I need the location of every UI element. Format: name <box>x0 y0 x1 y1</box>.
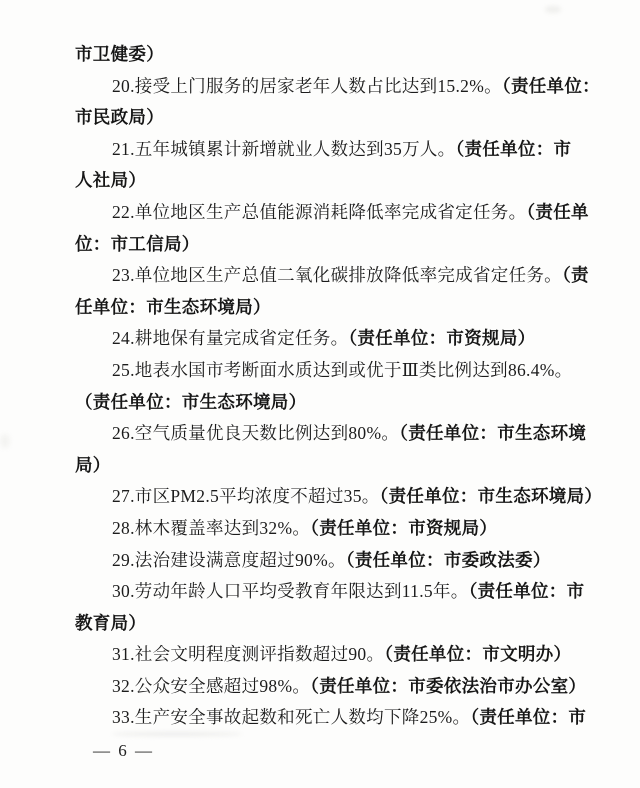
document-line-item-22: 22.单位地区生产总值能源消耗降低率完成省定任务。（责任单 <box>75 197 575 229</box>
line-body-text: 21.五年城镇累计新增就业人数达到35万人。 <box>112 139 455 159</box>
responsible-unit-text: （责任单位：市生态环境 <box>399 423 586 443</box>
line-body-text: 30.劳动年龄人口平均受教育年限达到11.5年。 <box>112 581 469 601</box>
line-body-text: 32.公众安全感超过98%。 <box>112 676 310 696</box>
document-body: 市卫健委） 20.接受上门服务的居家老年人数占比达到15.2%。（责任单位： 市… <box>75 39 575 734</box>
responsible-unit-text: （责任单位：市委依法治市办公室） <box>310 676 586 696</box>
responsible-unit-text: （责任单 <box>526 202 588 222</box>
responsible-unit-text: （责任单位：市文明办） <box>384 644 571 664</box>
document-line: 局） <box>75 450 575 482</box>
line-body-text: 29.法治建设满意度超过90%。 <box>112 550 346 570</box>
scan-artifact <box>545 6 561 13</box>
line-body-text: 31.社会文明程度测评指数超过90。 <box>112 644 384 664</box>
responsible-unit-text: 任单位：市生态环境局） <box>75 297 271 317</box>
document-line-item-23: 23.单位地区生产总值二氧化碳排放降低率完成省定任务。（责 <box>75 260 575 292</box>
document-line: （责任单位：市生态环境局） <box>75 387 575 419</box>
document-line: 人社局） <box>75 165 575 197</box>
document-line-item-24: 24.耕地保有量完成省定任务。（责任单位：市资规局） <box>75 323 575 355</box>
document-line: 市民政局） <box>75 102 575 134</box>
document-line-item-29: 29.法治建设满意度超过90%。（责任单位：市委政法委） <box>75 545 575 577</box>
document-line-item-31: 31.社会文明程度测评指数超过90。（责任单位：市文明办） <box>75 639 575 671</box>
responsible-unit-text: 教育局） <box>75 613 146 633</box>
page-number: — 6 — <box>93 736 154 766</box>
line-body-text: 20.接受上门服务的居家老年人数占比达到15.2%。 <box>112 76 502 96</box>
line-body-text: 23.单位地区生产总值二氧化碳排放降低率完成省定任务。 <box>112 265 562 285</box>
line-body-text: 26.空气质量优良天数比例达到80%。 <box>112 423 399 443</box>
document-line-item-20: 20.接受上门服务的居家老年人数占比达到15.2%。（责任单位： <box>75 71 575 103</box>
document-line-item-27: 27.市区PM2.5平均浓度不超过35。（责任单位：市生态环境局） <box>75 481 575 513</box>
document-line-item-30: 30.劳动年龄人口平均受教育年限达到11.5年。（责任单位：市 <box>75 576 575 608</box>
line-body-text: 27.市区PM2.5平均浓度不超过35。 <box>112 486 380 506</box>
responsible-unit-text: （责任单位：市 <box>455 139 571 159</box>
line-body-text: 28.林木覆盖率达到32%。 <box>112 518 310 538</box>
responsible-unit-text: 市卫健委） <box>75 44 164 64</box>
responsible-unit-text: （责任单位：市资规局） <box>310 518 497 538</box>
document-line: 任单位：市生态环境局） <box>75 292 575 324</box>
document-line-item-21: 21.五年城镇累计新增就业人数达到35万人。（责任单位：市 <box>75 134 575 166</box>
responsible-unit-text: （责任单位：市资规局） <box>348 328 535 348</box>
line-body-text: 33.生产安全事故起数和死亡人数均下降25%。 <box>112 707 470 727</box>
document-line: 市卫健委） <box>75 39 575 71</box>
document-line-item-32: 32.公众安全感超过98%。（责任单位：市委依法治市办公室） <box>75 671 575 703</box>
line-body-text: 22.单位地区生产总值能源消耗降低率完成省定任务。 <box>112 202 526 222</box>
responsible-unit-text: （责任单位：市 <box>469 581 585 601</box>
responsible-unit-text: 位：市工信局） <box>75 234 200 254</box>
responsible-unit-text: 市民政局） <box>75 107 164 127</box>
document-line-item-33: 33.生产安全事故起数和死亡人数均下降25%。（责任单位：市 <box>75 702 575 734</box>
document-line-item-28: 28.林木覆盖率达到32%。（责任单位：市资规局） <box>75 513 575 545</box>
document-line: 位：市工信局） <box>75 229 575 261</box>
line-body-text: 25.地表水国市考断面水质达到或优于Ⅲ类比例达到86.4%。 <box>112 360 572 380</box>
responsible-unit-text: （责任单位：市生态环境局） <box>75 392 306 412</box>
responsible-unit-text: （责任单位： <box>502 76 600 96</box>
document-line: 教育局） <box>75 608 575 640</box>
document-line-item-26: 26.空气质量优良天数比例达到80%。（责任单位：市生态环境 <box>75 418 575 450</box>
scanned-document-page: 市卫健委） 20.接受上门服务的居家老年人数占比达到15.2%。（责任单位： 市… <box>0 0 640 788</box>
line-body-text: 24.耕地保有量完成省定任务。 <box>112 328 348 348</box>
responsible-unit-text: （责 <box>562 265 589 285</box>
responsible-unit-text: 局） <box>75 455 111 475</box>
scan-artifact <box>0 434 10 448</box>
responsible-unit-text: （责任单位：市 <box>470 707 586 727</box>
responsible-unit-text: 人社局） <box>75 170 146 190</box>
responsible-unit-text: （责任单位：市生态环境局） <box>380 486 603 506</box>
responsible-unit-text: （责任单位：市委政法委） <box>346 550 551 570</box>
document-line-item-25: 25.地表水国市考断面水质达到或优于Ⅲ类比例达到86.4%。 <box>75 355 575 387</box>
